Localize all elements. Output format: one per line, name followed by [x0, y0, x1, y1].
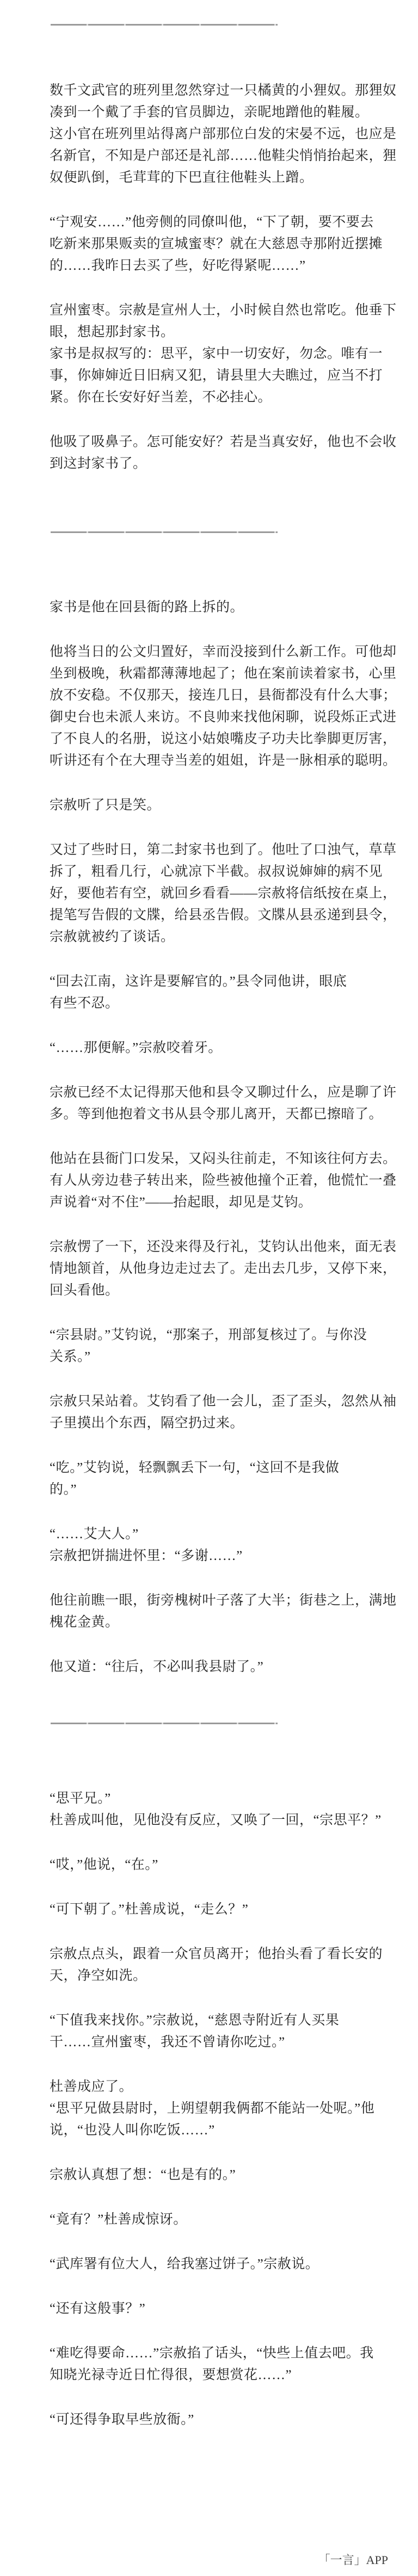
- story-paragraph: “可还得争取早些放衙。”: [50, 2409, 392, 2431]
- app-watermark: 「一言」APP: [50, 2552, 392, 2568]
- story-paragraph: 又过了些时日，第二封家书也到了。他吐了口浊气，草草 拆了，粗看几行，心就凉下半截…: [50, 839, 392, 948]
- story-paragraph: “武库署有位大人，给我塞过饼子。”宗赦说。: [50, 2253, 392, 2275]
- story-paragraph: “宁观安……”他旁侧的同僚叫他，“下了朝，要不要去 吃新来那果贩卖的宣城蜜枣？就…: [50, 212, 392, 277]
- story-paragraph: 家书是叔叔写的：思平，家中一切安好，勿念。唯有一 事，你婶婶近日旧病又犯，请县里…: [50, 343, 392, 408]
- story-paragraph: 宗赦点点头，跟着一众官员离开；他抬头看了看长安的 天，净空如洗。: [50, 1943, 392, 1987]
- story-paragraph: 杜善成叫他，见他没有反应，又唤了一回，“宗思平？”: [50, 1810, 392, 1831]
- story-paragraph: 家书是他在回县衙的路上拆的。: [50, 597, 392, 618]
- section-divider: [51, 24, 278, 26]
- story-paragraph: 这小官在班列里站得离户部那位白发的宋晏不远，也应是 名新官，不知是户部还是礼部……: [50, 123, 392, 189]
- story-paragraph: 宗赦愣了一下，还没来得及行礼，艾钧认出他来，面无表 情地颔首，从他身边走过去了。…: [50, 1236, 392, 1302]
- story-paragraph: “宗县尉。”艾钧说，“那案子，刑部复核过了。与你没 关系。”: [50, 1324, 392, 1368]
- story-paragraph: “回去江南，这许是要解官的。”县令同他讲，眼底 有些不忍。: [50, 971, 392, 1014]
- story-paragraph: “还有这般事？”: [50, 2298, 392, 2320]
- story-paragraph: “……那便解。”宗赦咬着牙。: [50, 1037, 392, 1059]
- story-paragraph: 宗赦听了只是笑。: [50, 795, 392, 816]
- story-paragraph: “吃。”艾钧说，轻飘飘丢下一句，“这回不是我做 的。”: [50, 1457, 392, 1501]
- story-paragraph: 宗赦把饼揣进怀里：“多谢……”: [50, 1545, 392, 1567]
- reader-page: 数千文武官的班列里忽然穿过一只橘黄的小狸奴。那狸奴 凑到一个戴了手套的官员脚边，…: [0, 24, 418, 2568]
- story-paragraph: “难吃得要命……”宗赦掐了话头，“快些上值去吧。我 知晓光禄寺近日忙得很，要想赏…: [50, 2343, 392, 2386]
- story-paragraph: 数千文武官的班列里忽然穿过一只橘黄的小狸奴。那狸奴 凑到一个戴了手套的官员脚边，…: [50, 80, 392, 123]
- story-paragraph: “哎，”他说，“在。”: [50, 1854, 392, 1876]
- story-paragraph: “思平兄。”: [50, 1788, 392, 1810]
- story-paragraph: 杜善成应了。: [50, 2076, 392, 2098]
- story-paragraph: 宣州蜜枣。宗赦是宣州人士，小时候自然也常吃。他垂下 眼，想起那封家书。: [50, 300, 392, 343]
- story-paragraph: 他吸了吸鼻子。怎可能安好？若是当真安好，他也不会收 到这封家书了。: [50, 431, 392, 475]
- story-paragraph: 宗赦只呆站着。艾钧看了他一会儿，歪了歪头，忽然从袖 子里摸出个东西，隔空扔过来。: [50, 1391, 392, 1434]
- story-paragraph: “……艾大人。”: [50, 1524, 392, 1545]
- story-paragraph: 宗赦认真想了想：“也是有的。”: [50, 2164, 392, 2186]
- story-paragraph: 宗赦已经不太记得那天他和县令又聊过什么，应是聊了许 多。等到他抱着文书从县令那儿…: [50, 1082, 392, 1125]
- story-paragraph: 他又道：“往后，不必叫我县尉了。”: [50, 1656, 392, 1678]
- story-paragraph: “可下朝了。”杜善成说，“走么？”: [50, 1899, 392, 1921]
- story-paragraph: “下值我来找你。”宗赦说，“慈恩寺附近有人买果 干……宣州蜜枣，我还不曾请你吃过…: [50, 2010, 392, 2053]
- section-divider: [51, 531, 278, 533]
- story-paragraph: “竟有？”杜善成惊讶。: [50, 2209, 392, 2231]
- story-paragraph: 他往前瞧一眼，街旁槐树叶子落了大半；街巷之上，满地 槐花金黄。: [50, 1590, 392, 1633]
- story-paragraph: “思平兄做县尉时，上朔望朝我俩都不能站一处呢。”他 说，“也没人叫你吃饭……”: [50, 2098, 392, 2141]
- section-divider: [51, 1723, 278, 1724]
- story-paragraph: 他将当日的公文归置好，幸而没接到什么新工作。可他却 坐到极晚，秋霜都薄薄地起了；…: [50, 641, 392, 772]
- story-paragraph: 他站在县衙门口发呆，又闷头往前走，不知该往何方去。 有人从旁边巷子转出来，险些被…: [50, 1148, 392, 1213]
